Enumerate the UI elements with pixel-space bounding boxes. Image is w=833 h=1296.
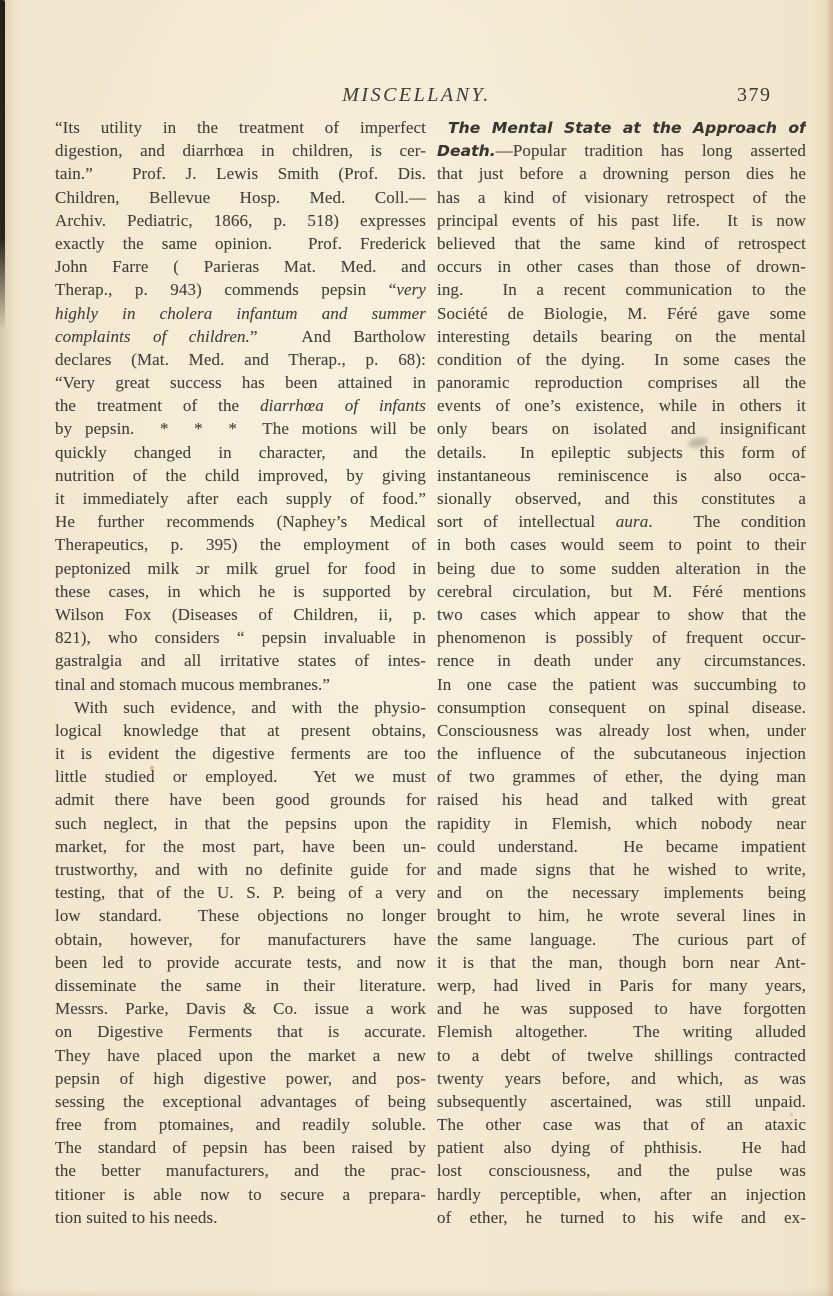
body-text: to a debt of twelve shillings contracted [437, 1046, 806, 1065]
body-text: it is that the man, though born near Ant… [437, 953, 806, 972]
text-line: obtain, however, for manufacturers have [55, 928, 426, 951]
text-line: it is evident the digestive ferments are… [55, 742, 426, 765]
scanned-journal-page: MISCELLANY. 379 “Its utility in the trea… [0, 0, 833, 1296]
body-text: disseminate the same in their literature… [55, 976, 426, 995]
body-text: admit there have been good grounds for [55, 790, 426, 809]
text-line: titioner is able now to secure a prepara… [55, 1183, 426, 1206]
body-text: on Digestive Ferments that is accurate. [55, 1022, 426, 1041]
text-line: occurs in other cases than those of drow… [437, 255, 806, 278]
text-line: condition of the dying. In some cases th… [437, 348, 806, 371]
body-text: logical knowledge that at present obtain… [55, 721, 426, 740]
emphasized-text: complaints of children. [55, 327, 250, 346]
text-line: twenty years before, and which, as was [437, 1067, 806, 1090]
text-line: on Digestive Ferments that is accurate. [55, 1020, 426, 1043]
body-text: ” And Bartholow [250, 327, 426, 346]
text-line: these cases, in which he is supported by [55, 580, 426, 603]
text-line: believed that the same kind of retrospec… [437, 232, 806, 255]
body-text: gastralgia and all irritative states of … [55, 651, 426, 670]
text-line: events of one’s existence, while in othe… [437, 394, 806, 417]
body-text: digestion, and diarrhœa in children, is … [55, 141, 426, 160]
text-line: Archiv. Pediatric, 1866, p. 518) express… [55, 209, 426, 232]
text-line: 821), who considers “ pepsin invaluable … [55, 626, 426, 649]
text-line: raised his head and talked with great [437, 788, 806, 811]
body-text: Flemish altogether. The writing alluded [437, 1022, 806, 1041]
body-text: events of one’s existence, while in othe… [437, 396, 806, 415]
text-line: the treatment of the diarrhœa of infants [55, 394, 426, 417]
emphasized-text: highly in cholera infantum and summer [55, 304, 426, 323]
body-text: declares (Mat. Med. and Therap., p. 68): [55, 350, 426, 369]
text-line: Wilson Fox (Diseases of Children, ii, p. [55, 603, 426, 626]
body-text: the better manufacturers, and the prac- [55, 1161, 426, 1180]
text-line: that just before a drowning person dies … [437, 162, 806, 185]
text-line: and made signs that he wished to write, [437, 858, 806, 881]
text-line: tinal and stomach mucous membranes.” [55, 673, 426, 696]
body-text: titioner is able now to secure a prepara… [55, 1185, 426, 1204]
text-line: “Very great success has been attained in [55, 371, 426, 394]
text-line: it is that the man, though born near Ant… [437, 951, 806, 974]
text-line: Société de Biologie, M. Féré gave some [437, 302, 806, 325]
body-text: subsequently ascertained, was still unpa… [437, 1092, 806, 1111]
text-line: werp, had lived in Paris for many years, [437, 974, 806, 997]
body-text: been led to provide accurate tests, and … [55, 953, 426, 972]
body-text: such neglect, in that the pepsins upon t… [55, 814, 426, 833]
body-text: quickly changed in character, and the [55, 443, 426, 462]
body-text: The standard of pepsin has been raised b… [55, 1138, 426, 1157]
text-line: hardly perceptible, when, after an injec… [437, 1183, 806, 1206]
running-header: MISCELLANY. 379 [0, 84, 833, 110]
body-text: pepsin of high digestive power, and pos- [55, 1069, 426, 1088]
text-line: tion suited to his needs. [55, 1206, 426, 1229]
text-line: highly in cholera infantum and summer [55, 302, 426, 325]
text-line: in both cases would seem to point to the… [437, 533, 806, 556]
body-text: sort of intellectual [437, 512, 616, 531]
body-text: details. In epileptic subjects this form… [437, 443, 806, 462]
emphasized-text: Death. [437, 142, 496, 160]
text-line: details. In epileptic subjects this form… [437, 441, 806, 464]
body-text: the influence of the subcutaneous inject… [437, 744, 806, 763]
body-text: free from ptomaines, and readily soluble… [55, 1115, 426, 1134]
text-line: The Mental State at the Approach of [437, 116, 806, 139]
text-line: rence in death under any circumstances. [437, 649, 806, 672]
text-line: disseminate the same in their literature… [55, 974, 426, 997]
body-text: Children, Bellevue Hosp. Med. Coll.— [55, 188, 426, 207]
body-text: testing, that of the U. S. P. being of a… [55, 883, 426, 902]
text-line: complaints of children.” And Bartholow [55, 325, 426, 348]
body-text: being due to some sudden alteration in t… [437, 559, 806, 578]
body-text: peptonized milk ɔr milk gruel for food i… [55, 559, 426, 578]
body-text: Consciousness was already lost when, und… [437, 721, 806, 740]
body-text: and on the necessary implements being [437, 883, 806, 902]
body-text: only bears on isolated and insignificant [437, 419, 806, 438]
body-text: tain.” Prof. J. Lewis Smith (Prof. Dis. [55, 164, 426, 183]
text-line: been led to provide accurate tests, and … [55, 951, 426, 974]
text-line: quickly changed in character, and the [55, 441, 426, 464]
text-line: by pepsin. * * * The motions will be [55, 417, 426, 440]
body-text: and made signs that he wished to write, [437, 860, 806, 879]
text-line: “Its utility in the treatment of imperfe… [55, 116, 426, 139]
text-line: rapidity in Flemish, which nobody near [437, 812, 806, 835]
text-line: such neglect, in that the pepsins upon t… [55, 812, 426, 835]
body-text: low standard. These objections no longer [55, 906, 426, 925]
body-text: in both cases would seem to point to the… [437, 535, 806, 554]
body-text: nutrition of the child improved, by givi… [55, 466, 426, 485]
body-text: of two grammes of ether, the dying man [437, 767, 806, 786]
body-text: Messrs. Parke, Davis & Co. issue a work [55, 999, 426, 1018]
text-line: of ether, he turned to his wife and ex- [437, 1206, 806, 1229]
text-line: In one case the patient was succumbing t… [437, 673, 806, 696]
text-line: Messrs. Parke, Davis & Co. issue a work [55, 997, 426, 1020]
emphasized-text: diarrhœa of infants [260, 396, 426, 415]
body-text: market, for the most part, have been un- [55, 837, 426, 856]
body-text: ing. In a recent communication to the [437, 280, 806, 299]
body-text: In one case the patient was succumbing t… [437, 675, 806, 694]
body-text: believed that the same kind of retrospec… [437, 234, 806, 253]
text-line: He further recommends (Naphey’s Medical [55, 510, 426, 533]
text-line: peptonized milk ɔr milk gruel for food i… [55, 557, 426, 580]
left-edge-shading [0, 0, 14, 1296]
body-text: raised his head and talked with great [437, 790, 806, 809]
section-title: MISCELLANY. [0, 84, 833, 107]
body-text: instantaneous reminiscence is also occa- [437, 466, 806, 485]
page-number: 379 [737, 84, 772, 107]
text-line: principal events of his past life. It is… [437, 209, 806, 232]
text-line: panoramic reproduction comprises all the [437, 371, 806, 394]
text-line: patient also dying of phthisis. He had [437, 1136, 806, 1159]
text-line: and on the necessary implements being [437, 881, 806, 904]
body-text: by pepsin. * * * The motions will be [55, 419, 426, 438]
text-line: Children, Bellevue Hosp. Med. Coll.— [55, 186, 426, 209]
text-line: John Farre ( Parieras Mat. Med. and [55, 255, 426, 278]
body-text: “Its utility in the treatment of imperfe… [55, 118, 426, 137]
right-edge-shading [826, 0, 833, 1296]
text-line: testing, that of the U. S. P. being of a… [55, 881, 426, 904]
text-line: subsequently ascertained, was still unpa… [437, 1090, 806, 1113]
text-line: market, for the most part, have been un- [55, 835, 426, 858]
body-text: condition of the dying. In some cases th… [437, 350, 806, 369]
body-text: Therap., p. 943) commends pepsin “ [55, 280, 396, 299]
text-line: Flemish altogether. The writing alluded [437, 1020, 806, 1043]
body-text: has a kind of visionary retrospect of th… [437, 188, 806, 207]
body-text: werp, had lived in Paris for many years, [437, 976, 806, 995]
body-text: —Popular tradition has long asserted [496, 141, 806, 160]
text-line: The standard of pepsin has been raised b… [55, 1136, 426, 1159]
text-line: ing. In a recent communication to the [437, 278, 806, 301]
body-text: John Farre ( Parieras Mat. Med. and [55, 257, 426, 276]
body-text: principal events of his past life. It is… [437, 211, 806, 230]
body-text: tinal and stomach mucous membranes.” [55, 675, 330, 694]
body-text: . The condition [648, 512, 806, 531]
body-text: tion suited to his needs. [55, 1208, 218, 1227]
text-line: Therap., p. 943) commends pepsin “very [55, 278, 426, 301]
body-text: interesting details bearing on the menta… [437, 327, 806, 346]
body-text: cerebral circulation, but M. Féré mentio… [437, 582, 806, 601]
body-text: rence in death under any circumstances. [437, 651, 806, 670]
text-line: sessing the exceptional advantages of be… [55, 1090, 426, 1113]
body-text: With such evidence, and with the physio- [74, 698, 426, 717]
text-line: consumption consequent on spinal disease… [437, 696, 806, 719]
text-line: logical knowledge that at present obtain… [55, 719, 426, 742]
text-line: pepsin of high digestive power, and pos- [55, 1067, 426, 1090]
text-line: has a kind of visionary retrospect of th… [437, 186, 806, 209]
text-line: brought to him, he wrote several lines i… [437, 904, 806, 927]
text-line: declares (Mat. Med. and Therap., p. 68): [55, 348, 426, 371]
body-text: these cases, in which he is supported by [55, 582, 426, 601]
body-text: of ether, he turned to his wife and ex- [437, 1208, 806, 1227]
body-text: 821), who considers “ pepsin invaluable … [55, 628, 426, 647]
body-text: two cases which appear to show that the [437, 605, 806, 624]
emphasized-text: very [396, 280, 426, 299]
text-column-left: “Its utility in the treatment of imperfe… [55, 116, 426, 1229]
text-line: to a debt of twelve shillings contracted [437, 1044, 806, 1067]
text-line: sionally observed, and this constitutes … [437, 487, 806, 510]
body-text: lost consciousness, and the pulse was [437, 1161, 806, 1180]
body-text: brought to him, he wrote several lines i… [437, 906, 806, 925]
bottom-edge-shading [0, 1288, 833, 1296]
text-line: the better manufacturers, and the prac- [55, 1159, 426, 1182]
body-text: Wilson Fox (Diseases of Children, ii, p. [55, 605, 426, 624]
text-line: the same language. The curious part of [437, 928, 806, 951]
body-text: The other case was that of an ataxic [437, 1115, 806, 1134]
text-line: exactly the same opinion. Prof. Frederic… [55, 232, 426, 255]
text-line: gastralgia and all irritative states of … [55, 649, 426, 672]
body-text: hardly perceptible, when, after an injec… [437, 1185, 806, 1204]
body-text: sessing the exceptional advantages of be… [55, 1092, 426, 1111]
body-text: little studied or employed. Yet we must [55, 767, 426, 786]
text-line: free from ptomaines, and readily soluble… [55, 1113, 426, 1136]
text-line: little studied or employed. Yet we must [55, 765, 426, 788]
body-text: it is evident the digestive ferments are… [55, 744, 426, 763]
text-line: Consciousness was already lost when, und… [437, 719, 806, 742]
body-text: trustworthy, and with no definite guide … [55, 860, 426, 879]
text-line: it immediately after each supply of food… [55, 487, 426, 510]
body-text: exactly the same opinion. Prof. Frederic… [55, 234, 426, 253]
body-text: Archiv. Pediatric, 1866, p. 518) express… [55, 211, 426, 230]
text-line: Death.—Popular tradition has long assert… [437, 139, 806, 162]
text-line: With such evidence, and with the physio- [55, 696, 426, 719]
text-line: two cases which appear to show that the [437, 603, 806, 626]
text-line: nutrition of the child improved, by givi… [55, 464, 426, 487]
emphasized-text: The Mental State at the Approach of [448, 119, 806, 137]
text-line: only bears on isolated and insignificant [437, 417, 806, 440]
text-line: The other case was that of an ataxic [437, 1113, 806, 1136]
text-line: They have placed upon the market a new [55, 1044, 426, 1067]
body-text: panoramic reproduction comprises all the [437, 373, 806, 392]
text-line: trustworthy, and with no definite guide … [55, 858, 426, 881]
text-line: phenomenon is possibly of frequent occur… [437, 626, 806, 649]
text-line: low standard. These objections no longer [55, 904, 426, 927]
text-line: tain.” Prof. J. Lewis Smith (Prof. Dis. [55, 162, 426, 185]
body-text: “Very great success has been attained in [55, 373, 426, 392]
text-line: admit there have been good grounds for [55, 788, 426, 811]
text-line: being due to some sudden alteration in t… [437, 557, 806, 580]
text-line: could understand. He became impatient [437, 835, 806, 858]
body-text: occurs in other cases than those of drow… [437, 257, 806, 276]
text-line: cerebral circulation, but M. Féré mentio… [437, 580, 806, 603]
text-line: and he was supposed to have forgotten [437, 997, 806, 1020]
body-text: that just before a drowning person dies … [437, 164, 806, 183]
body-text: They have placed upon the market a new [55, 1046, 426, 1065]
body-text: could understand. He became impatient [437, 837, 806, 856]
body-text: sionally observed, and this constitutes … [437, 489, 806, 508]
text-line: interesting details bearing on the menta… [437, 325, 806, 348]
body-text: the treatment of the [55, 396, 260, 415]
text-line: lost consciousness, and the pulse was [437, 1159, 806, 1182]
text-line: Therapeutics, p. 395) the employment of [55, 533, 426, 556]
text-line: sort of intellectual aura. The condition [437, 510, 806, 533]
body-text: it immediately after each supply of food… [55, 489, 426, 508]
body-text: He further recommends (Naphey’s Medical [55, 512, 426, 531]
body-text: and he was supposed to have forgotten [437, 999, 806, 1018]
body-text: consumption consequent on spinal disease… [437, 698, 806, 717]
text-column-right: The Mental State at the Approach ofDeath… [437, 116, 806, 1229]
body-text: phenomenon is possibly of frequent occur… [437, 628, 806, 647]
body-text: the same language. The curious part of [437, 930, 806, 949]
text-line: the influence of the subcutaneous inject… [437, 742, 806, 765]
body-text: rapidity in Flemish, which nobody near [437, 814, 806, 833]
text-line: of two grammes of ether, the dying man [437, 765, 806, 788]
body-text: obtain, however, for manufacturers have [55, 930, 426, 949]
body-text: Therapeutics, p. 395) the employment of [55, 535, 426, 554]
body-text: Société de Biologie, M. Féré gave some [437, 304, 806, 323]
body-text: patient also dying of phthisis. He had [437, 1138, 806, 1157]
text-line: instantaneous reminiscence is also occa- [437, 464, 806, 487]
body-text: twenty years before, and which, as was [437, 1069, 806, 1088]
emphasized-text: aura [616, 512, 649, 531]
text-line: digestion, and diarrhœa in children, is … [55, 139, 426, 162]
